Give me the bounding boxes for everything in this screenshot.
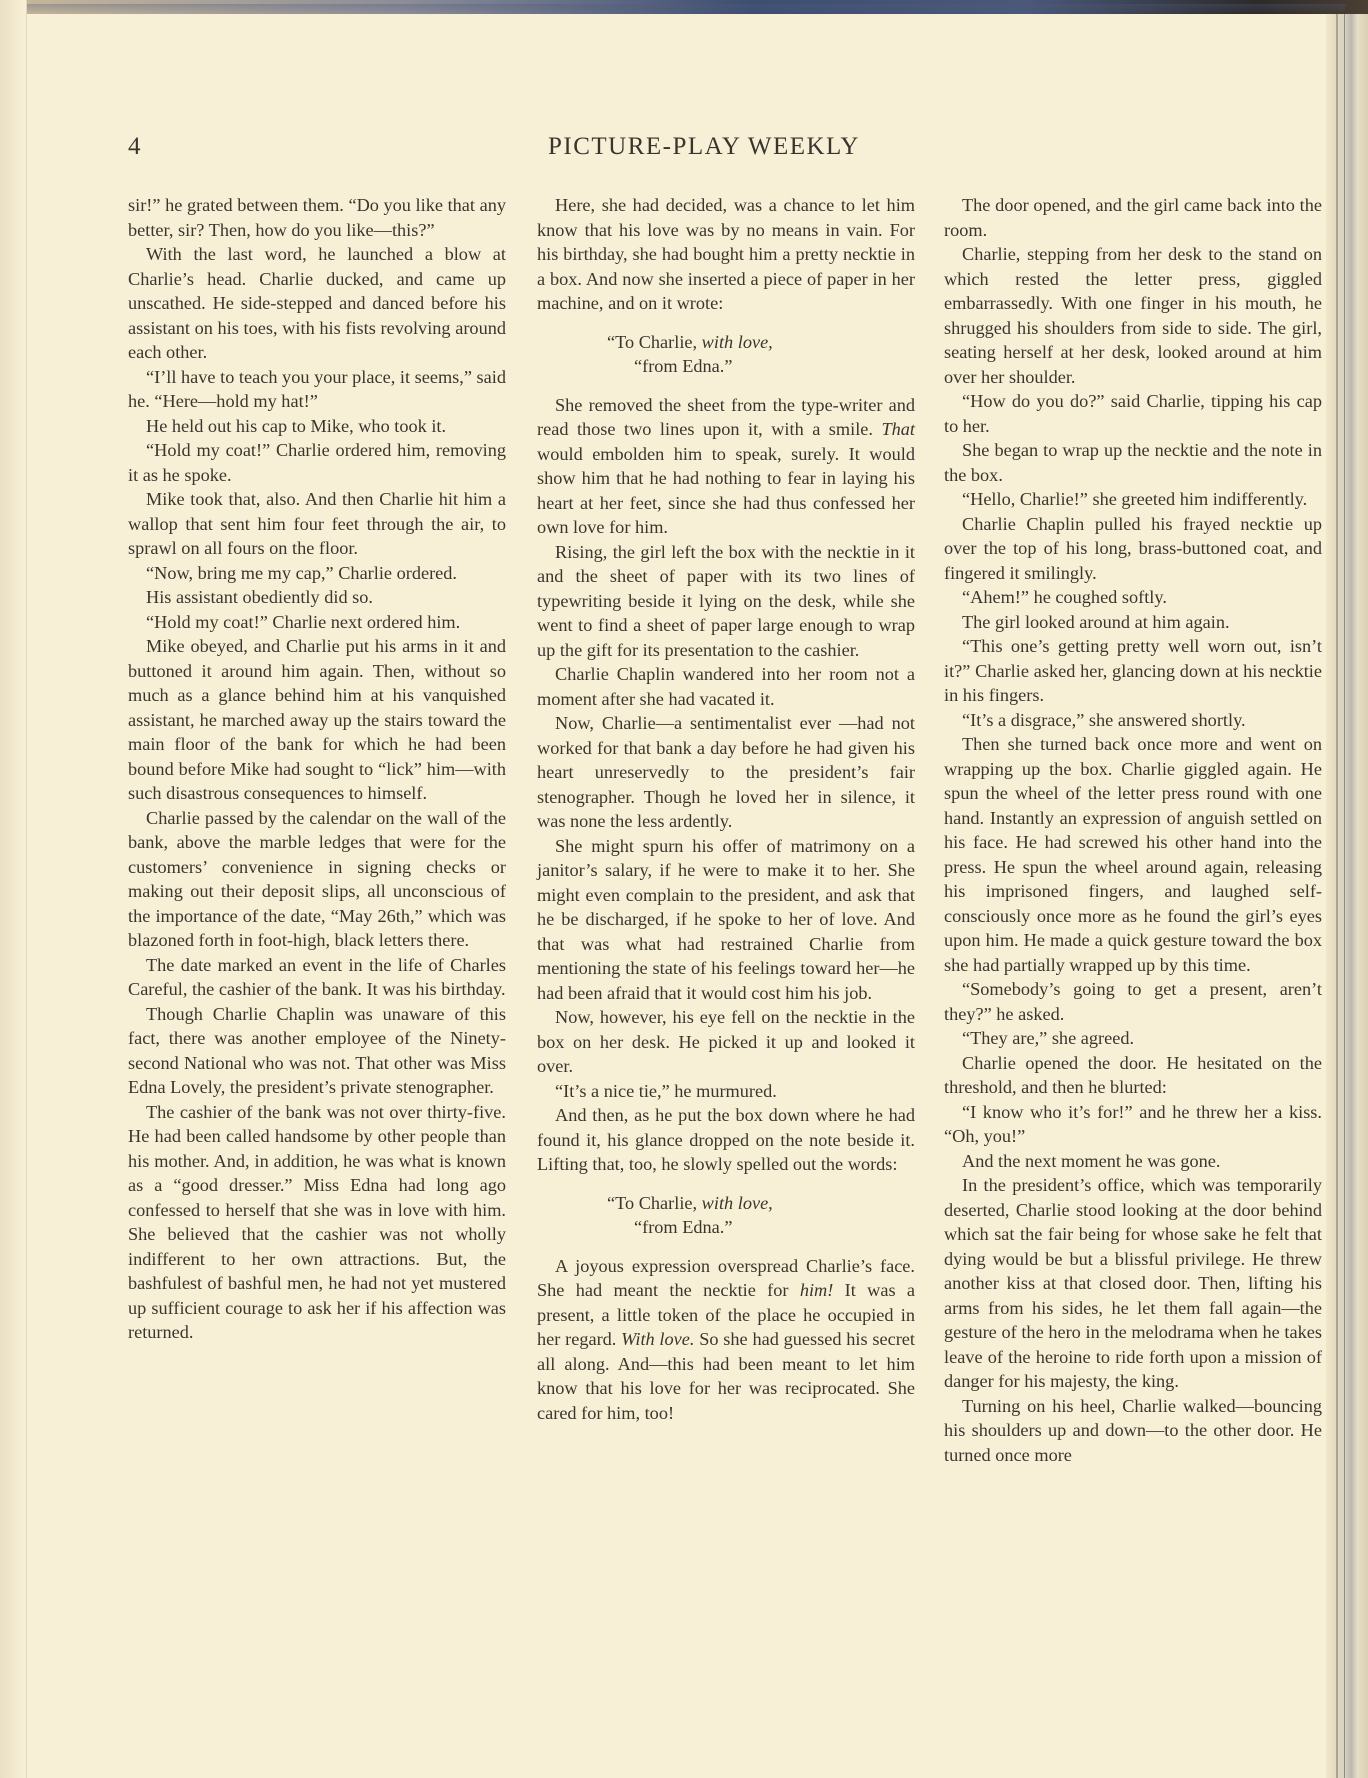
paragraph-text: She removed the sheet from the type-writ… <box>537 395 915 440</box>
typewritten-note: “To Charlie, with love,“from Edna.” <box>537 1191 915 1240</box>
page-left-margin-edge <box>0 0 27 1778</box>
paragraph: “I’ll have to teach you your place, it s… <box>128 365 506 414</box>
paragraph-text: would embolden him to speak, surely. It … <box>537 444 915 538</box>
page-number: 4 <box>128 133 142 161</box>
paragraph: Rising, the girl left the box with the n… <box>537 540 915 663</box>
paragraph: “Hello, Charlie!” she greeted him indiff… <box>944 487 1322 512</box>
note-italic: with love, <box>702 332 773 352</box>
paragraph: Now, Charlie—a sentimentalist ever —had … <box>537 711 915 834</box>
paragraph: The girl looked around at him again. <box>944 610 1322 635</box>
paragraph: “It’s a disgrace,” she answered shortly. <box>944 708 1322 733</box>
paragraph: “Hold my coat!” Charlie ordered him, rem… <box>128 438 506 487</box>
article-column-3: The door opened, and the girl came back … <box>944 193 1322 1467</box>
paragraph: “Ahem!” he coughed softly. <box>944 585 1322 610</box>
page-top-shadow <box>23 4 1347 14</box>
paragraph: And the next moment he was gone. <box>944 1149 1322 1174</box>
typewritten-note: “To Charlie, with love,“from Edna.” <box>537 330 915 379</box>
paragraph: He held out his cap to Mike, who took it… <box>128 414 506 439</box>
paragraph: A joyous expression overspread Charlie’s… <box>537 1254 915 1426</box>
note-line-1: “To Charlie, with love, <box>537 1191 915 1216</box>
paragraph: “Now, bring me my cap,” Charlie ordered. <box>128 561 506 586</box>
article-column-1: sir!” he grated between them. “Do you li… <box>128 193 506 1345</box>
paragraph: She removed the sheet from the type-writ… <box>537 393 915 540</box>
paragraph: His assistant obediently did so. <box>128 585 506 610</box>
page-header: 4 PICTURE-PLAY WEEKLY <box>128 133 1178 169</box>
article-column-2: Here, she had decided, was a chance to l… <box>537 193 915 1425</box>
paragraph: Then she turned back once more and went … <box>944 732 1322 977</box>
note-line-2: “from Edna.” <box>537 354 915 379</box>
paragraph: “They are,” she agreed. <box>944 1026 1322 1051</box>
paragraph: “This one’s getting pretty well worn out… <box>944 634 1322 708</box>
paragraph: “Somebody’s going to get a present, aren… <box>944 977 1322 1026</box>
paragraph: She began to wrap up the necktie and the… <box>944 438 1322 487</box>
paragraph: She might spurn his offer of matrimony o… <box>537 834 915 1006</box>
paragraph: “I know who it’s for!” and he threw her … <box>944 1100 1322 1149</box>
paragraph: “It’s a nice tie,” he murmured. <box>537 1079 915 1104</box>
paragraph: In the president’s office, which was tem… <box>944 1173 1322 1394</box>
paragraph: Mike obeyed, and Charlie put his arms in… <box>128 634 506 806</box>
paragraph: “Hold my coat!” Charlie next ordered him… <box>128 610 506 635</box>
running-title: PICTURE-PLAY WEEKLY <box>548 133 860 161</box>
paragraph: Charlie opened the door. He hesitated on… <box>944 1051 1322 1100</box>
paragraph: Mike took that, also. And then Charlie h… <box>128 487 506 561</box>
paragraph: And then, as he put the box down where h… <box>537 1103 915 1177</box>
paragraph: Turning on his heel, Charlie walked—boun… <box>944 1394 1322 1468</box>
book-spine-edge <box>1326 14 1368 1778</box>
paragraph: The date marked an event in the life of … <box>128 953 506 1002</box>
page-fold-line-secondary <box>1344 14 1345 1778</box>
note-line-2: “from Edna.” <box>537 1215 915 1240</box>
paragraph: “How do you do?” said Charlie, tipping h… <box>944 389 1322 438</box>
paragraph: Charlie Chaplin wandered into her room n… <box>537 662 915 711</box>
paragraph: Now, however, his eye fell on the neckti… <box>537 1005 915 1079</box>
paragraph: Charlie Chaplin pulled his frayed neckti… <box>944 512 1322 586</box>
paragraph: The cashier of the bank was not over thi… <box>128 1100 506 1345</box>
paragraph: Charlie passed by the calendar on the wa… <box>128 806 506 953</box>
page-fold-line <box>1336 14 1338 1778</box>
emphasis-text: That <box>881 419 915 439</box>
paragraph: sir!” he grated between them. “Do you li… <box>128 193 506 242</box>
paragraph: The door opened, and the girl came back … <box>944 193 1322 242</box>
paragraph: With the last word, he launched a blow a… <box>128 242 506 365</box>
note-line-1: “To Charlie, with love, <box>537 330 915 355</box>
paragraph: Charlie, stepping from her desk to the s… <box>944 242 1322 389</box>
paragraph: Here, she had decided, was a chance to l… <box>537 193 915 316</box>
emphasis-text: With love. <box>621 1329 694 1349</box>
note-italic: with love, <box>702 1193 773 1213</box>
paragraph: Though Charlie Chaplin was unaware of th… <box>128 1002 506 1100</box>
emphasis-text: him! <box>800 1280 834 1300</box>
